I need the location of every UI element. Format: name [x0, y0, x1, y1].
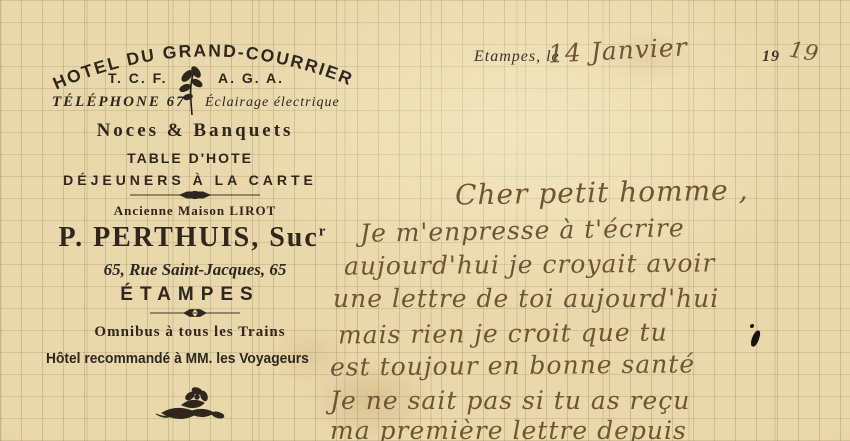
service-dejeuners: DÉJEUNERS À LA CARTE: [40, 172, 340, 188]
floral-flourish-icon: [152, 383, 232, 428]
service-banquets: Noces & Banquets: [70, 120, 320, 142]
knot-divider-icon: [130, 190, 260, 200]
letter-line: aujourd'hui je croyait avoir: [344, 248, 716, 280]
membership-aga: A. G. A.: [218, 70, 284, 86]
street-address: 65, Rue Saint-Jacques, 65: [60, 260, 330, 280]
proprietor-name-suffix: r: [319, 224, 328, 240]
proprietor-name-main: P. PERTHUIS, Suc: [59, 222, 319, 253]
letter-line: ma première lettre depuis: [330, 416, 687, 441]
dateline-printed-place: Etampes, le: [474, 48, 560, 66]
letter-line: une lettre de toi aujourd'hui: [333, 284, 719, 313]
dateline-written-day-month: 14 Janvier: [547, 32, 688, 68]
arrow-divider-icon: [150, 308, 240, 318]
letter-line: Je m'enpresse à t'écrire: [360, 213, 685, 248]
telephone-line: TÉLÉPHONE 67: [52, 94, 186, 111]
proprietor-name: P. PERTHUIS, Sucr: [38, 222, 348, 254]
dateline-printed-year: 19: [762, 48, 780, 66]
letter-line: Je ne sait pas si tu as reçu: [330, 386, 690, 415]
letter-line: mais rien je croit que tu: [338, 318, 668, 350]
lighting-line: Éclairage électrique: [205, 95, 340, 111]
letter-line: est toujour en bonne santé: [330, 349, 695, 381]
letter-salutation: Cher petit homme ,: [455, 173, 749, 211]
letter-scan: HOTEL DU GRAND-COURRIER T. C. F. A. G. A…: [0, 0, 850, 441]
city-name: ÉTAMPES: [70, 284, 310, 306]
omnibus-line: Omnibus à tous les Trains: [70, 324, 310, 341]
former-house: Ancienne Maison LIROT: [80, 203, 310, 219]
dateline-written-year: 19: [787, 38, 821, 68]
service-table-dhote: TABLE D'HOTE: [70, 150, 310, 166]
membership-tcf: T. C. F.: [108, 70, 168, 86]
recommendation-line: Hôtel recommandé à MM. les Voyageurs: [46, 350, 309, 367]
ink-blot-dot: [750, 324, 754, 328]
ink-blot: [750, 329, 762, 347]
